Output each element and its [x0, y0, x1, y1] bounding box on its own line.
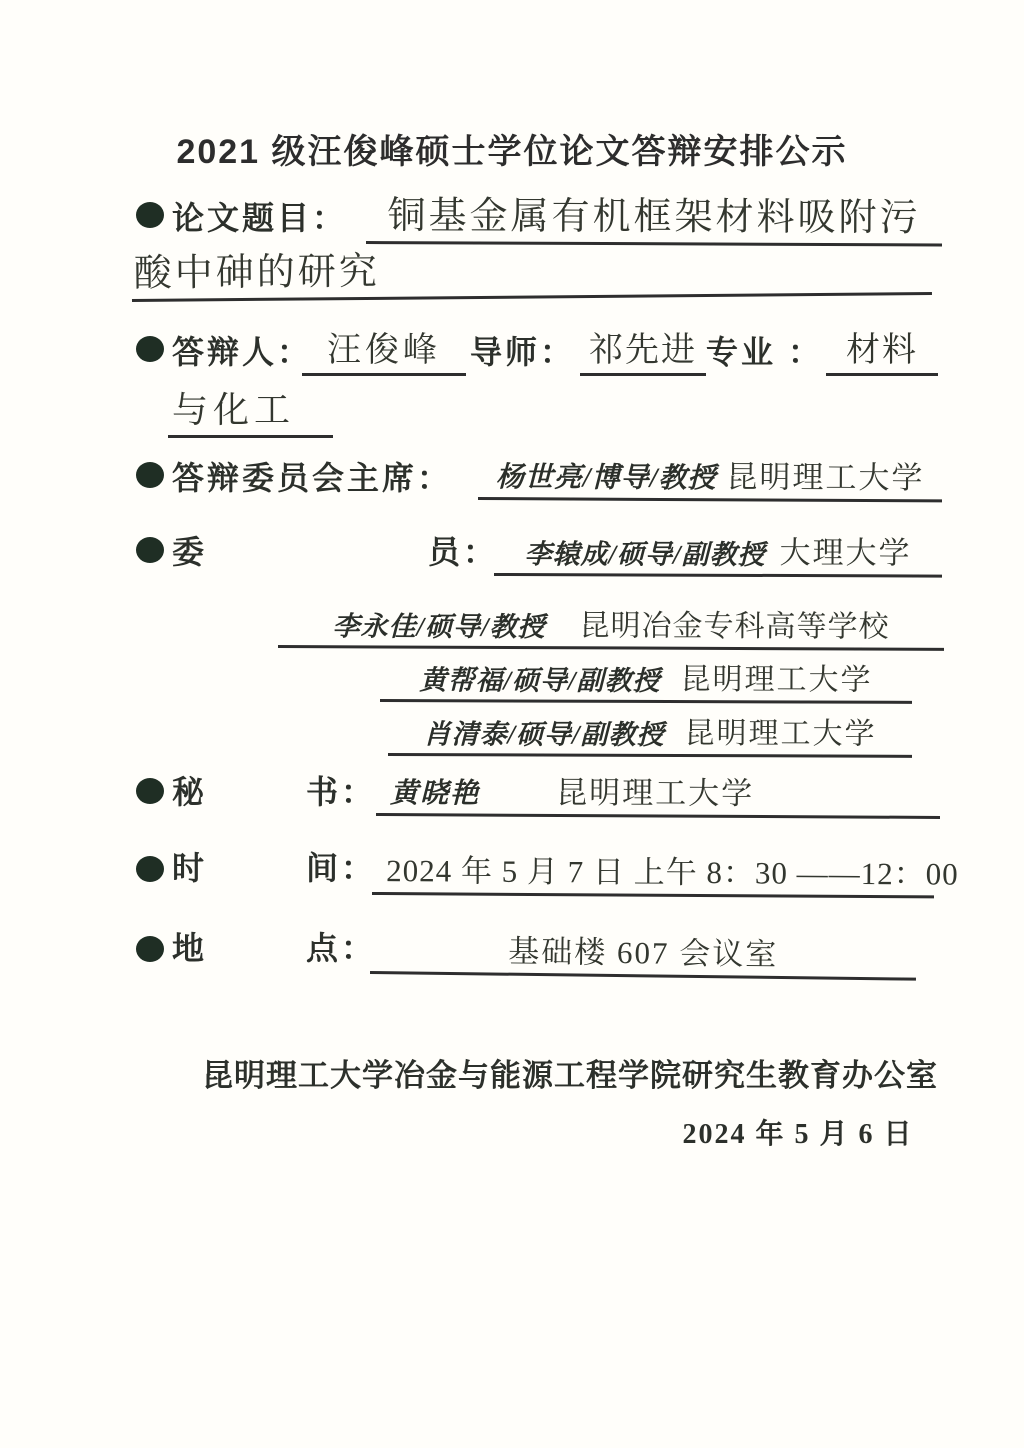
bullet-icon: [136, 462, 164, 488]
secretary-value-underline: 黄晓艳 昆明理工大学: [376, 766, 940, 819]
footer-office: 昆明理工大学冶金与能源工程学院研究生教育办公室: [202, 1050, 922, 1095]
major-value-line1: 材料: [846, 322, 918, 371]
thesis-label: 论文题目：: [172, 198, 347, 240]
advisor-value-underline: 祁先进: [580, 326, 706, 376]
defender-label: 答辩人：: [172, 332, 312, 374]
bullet-icon: [136, 856, 164, 882]
location-label-right: 点：: [306, 928, 376, 970]
advisor-label: 导师：: [470, 332, 575, 374]
chair-value-underline: 杨世亮/博导/教授 昆明理工大学: [478, 450, 942, 502]
committee-member-affiliation: 昆明理工大学: [685, 708, 877, 753]
bullet-icon: [136, 537, 164, 563]
committee-member-row: 黄帮福/硕导/副教授 昆明理工大学: [380, 654, 912, 704]
committee-member-row: 李永佳/硕导/教授 昆明冶金专科高等学校: [278, 598, 944, 651]
location-value: 基础楼 607 会议室: [508, 926, 779, 974]
bullet-icon: [136, 778, 164, 804]
committee-member-affiliation: 昆明理工大学: [681, 654, 873, 699]
advisor-value: 祁先进: [589, 322, 697, 371]
major-label: 专业: [706, 332, 776, 374]
thesis-value-line2-underline: 酸中砷的研究: [132, 243, 932, 302]
major-value-line1-underline: 材料: [826, 326, 938, 376]
bullet-icon: [136, 202, 164, 228]
committee-member-affiliation: 大理大学: [780, 527, 912, 572]
thesis-value-line1: 铜基金属有机框架材料吸附污: [388, 184, 921, 241]
committee-label-left: 委: [172, 532, 207, 574]
footer-date: 2024 年 5 月 6 日: [668, 1112, 928, 1152]
time-value-underline: 2024 年 5 月 7 日 上午 8：30 ——12：00: [372, 843, 934, 898]
location-value-underline: 基础楼 607 会议室: [370, 922, 917, 981]
secretary-affiliation: 昆明理工大学: [556, 767, 754, 813]
committee-member-name: 肖清泰/硕导/副教授: [424, 712, 665, 752]
defender-value: 汪俊峰: [327, 322, 441, 371]
secretary-label-right: 书：: [306, 772, 376, 814]
committee-member-row: 李辕成/硕导/副教授 大理大学: [494, 526, 942, 578]
time-value: 2024 年 5 月 7 日 上午 8：30 ——12：00: [386, 845, 959, 893]
committee-member-name: 黄帮福/硕导/副教授: [420, 658, 661, 698]
major-value-line2: 与化工: [172, 382, 295, 433]
thesis-value-line2: 酸中砷的研究: [133, 240, 379, 297]
page-title: 2021 级汪俊峰硕士学位论文答辩安排公示: [0, 124, 1024, 173]
defense-announcement-page: 2021 级汪俊峰硕士学位论文答辩安排公示 论文题目： 铜基金属有机框架材料吸附…: [0, 0, 1024, 1448]
bullet-icon: [136, 936, 164, 962]
committee-label-right: 员：: [428, 532, 498, 574]
committee-member-row: 肖清泰/硕导/副教授 昆明理工大学: [388, 708, 912, 758]
defender-value-underline: 汪俊峰: [302, 326, 466, 376]
time-label-left: 时: [172, 848, 207, 890]
committee-member-affiliation: 昆明冶金专科高等学校: [580, 600, 890, 645]
major-colon: ：: [788, 332, 823, 374]
secretary-name: 黄晓艳: [390, 771, 480, 811]
major-value-line2-underline: 与化工: [168, 388, 333, 438]
bullet-icon: [136, 336, 164, 362]
location-label-left: 地: [172, 928, 207, 970]
chair-label: 答辩委员会主席：: [172, 458, 452, 500]
chair-name: 杨世亮/博导/教授: [496, 455, 717, 496]
chair-affiliation: 昆明理工大学: [726, 451, 924, 497]
committee-member-name: 李永佳/硕导/教授: [333, 604, 546, 644]
time-label-right: 间：: [306, 848, 376, 890]
committee-member-name: 李辕成/硕导/副教授: [525, 532, 766, 572]
secretary-label-left: 秘: [172, 772, 207, 814]
thesis-value-line1-underline: 铜基金属有机框架材料吸附污: [366, 192, 942, 247]
